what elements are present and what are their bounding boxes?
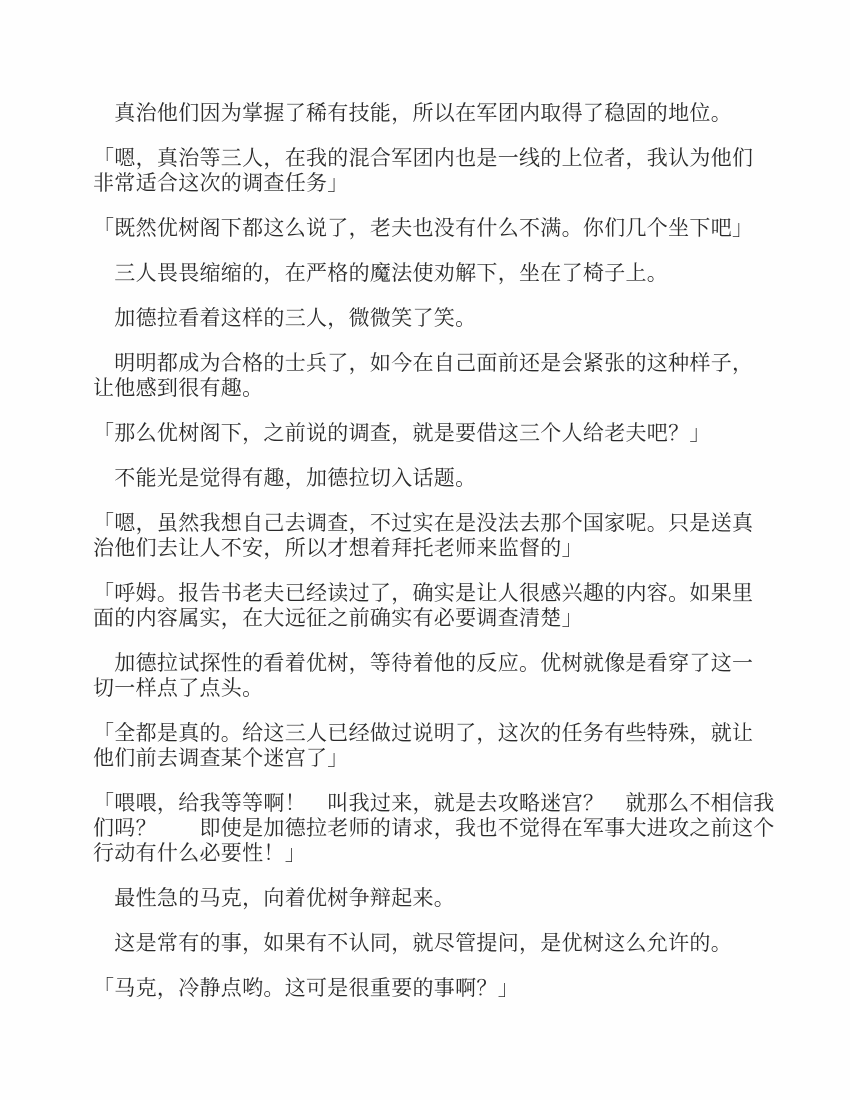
text-line: 最性急的马克，向着优树争辩起来。 [93,886,773,911]
text-line: 「全都是真的。给这三人已经做过说明了，这次的任务有些特殊，就让 [93,721,773,746]
paragraph-dialogue: 「既然优树阁下都这么说了，老夫也没有什么不满。你们几个坐下吧」 [93,216,773,241]
text-line: 真治他们因为掌握了稀有技能，所以在军团内取得了稳固的地位。 [93,101,773,126]
paragraph-dialogue: 「呼姆。报告书老夫已经读过了，确实是让人很感兴趣的内容。如果里面的内容属实，在大… [93,581,773,631]
text-line: 「既然优树阁下都这么说了，老夫也没有什么不满。你们几个坐下吧」 [93,216,773,241]
text-line: 行动有什么必要性！」 [93,841,773,866]
paragraph-dialogue: 「马克，冷静点哟。这可是很重要的事啊？」 [93,976,773,1001]
text-line: 让他感到很有趣。 [93,376,773,401]
paragraph-narration: 明明都成为合格的士兵了，如今在自己面前还是会紧张的这种样子，让他感到很有趣。 [93,351,773,401]
text-line: 「嗯，虽然我想自己去调查，不过实在是没法去那个国家呢。只是送真 [93,511,773,536]
text-line: 三人畏畏缩缩的，在严格的魔法使劝解下，坐在了椅子上。 [93,261,773,286]
text-line: 他们前去调查某个迷宫了」 [93,746,773,771]
paragraph-narration: 加德拉试探性的看着优树，等待着他的反应。优树就像是看穿了这一切一样点了点头。 [93,651,773,701]
page-content: 真治他们因为掌握了稀有技能，所以在军团内取得了稳固的地位。「嗯，真治等三人，在我… [93,101,773,1021]
text-line: 加德拉看着这样的三人，微微笑了笑。 [93,306,773,331]
paragraph-dialogue: 「全都是真的。给这三人已经做过说明了，这次的任务有些特殊，就让他们前去调查某个迷… [93,721,773,771]
text-line: 「那么优树阁下，之前说的调查，就是要借这三个人给老夫吧？」 [93,421,773,446]
text-line: 面的内容属实，在大远征之前确实有必要调查清楚」 [93,606,773,631]
paragraph-dialogue: 「嗯，真治等三人，在我的混合军团内也是一线的上位者，我认为他们非常适合这次的调查… [93,146,773,196]
text-line: 这是常有的事，如果有不认同，就尽管提问，是优树这么允许的。 [93,931,773,956]
paragraph-dialogue: 「嗯，虽然我想自己去调查，不过实在是没法去那个国家呢。只是送真治他们去让人不安，… [93,511,773,561]
paragraph-narration: 最性急的马克，向着优树争辩起来。 [93,886,773,911]
text-line: 们吗？ 即使是加德拉老师的请求，我也不觉得在军事大进攻之前这个 [93,816,773,841]
text-line: 「喂喂，给我等等啊！ 叫我过来，就是去攻略迷宫？ 就那么不相信我 [93,791,773,816]
paragraph-narration: 加德拉看着这样的三人，微微笑了笑。 [93,306,773,331]
text-line: 治他们去让人不安，所以才想着拜托老师来监督的」 [93,536,773,561]
paragraph-narration: 这是常有的事，如果有不认同，就尽管提问，是优树这么允许的。 [93,931,773,956]
text-line: 切一样点了点头。 [93,676,773,701]
text-line: 「嗯，真治等三人，在我的混合军团内也是一线的上位者，我认为他们 [93,146,773,171]
paragraph-narration: 真治他们因为掌握了稀有技能，所以在军团内取得了稳固的地位。 [93,101,773,126]
paragraph-dialogue: 「喂喂，给我等等啊！ 叫我过来，就是去攻略迷宫？ 就那么不相信我们吗？ 即使是加… [93,791,773,866]
paragraph-narration: 不能光是觉得有趣，加德拉切入话题。 [93,466,773,491]
text-line: 加德拉试探性的看着优树，等待着他的反应。优树就像是看穿了这一 [93,651,773,676]
text-line: 非常适合这次的调查任务」 [93,171,773,196]
novel-page: 真治他们因为掌握了稀有技能，所以在军团内取得了稳固的地位。「嗯，真治等三人，在我… [0,0,850,1100]
paragraph-dialogue: 「那么优树阁下，之前说的调查，就是要借这三个人给老夫吧？」 [93,421,773,446]
text-line: 「呼姆。报告书老夫已经读过了，确实是让人很感兴趣的内容。如果里 [93,581,773,606]
paragraph-narration: 三人畏畏缩缩的，在严格的魔法使劝解下，坐在了椅子上。 [93,261,773,286]
text-line: 明明都成为合格的士兵了，如今在自己面前还是会紧张的这种样子， [93,351,773,376]
text-line: 「马克，冷静点哟。这可是很重要的事啊？」 [93,976,773,1001]
text-line: 不能光是觉得有趣，加德拉切入话题。 [93,466,773,491]
